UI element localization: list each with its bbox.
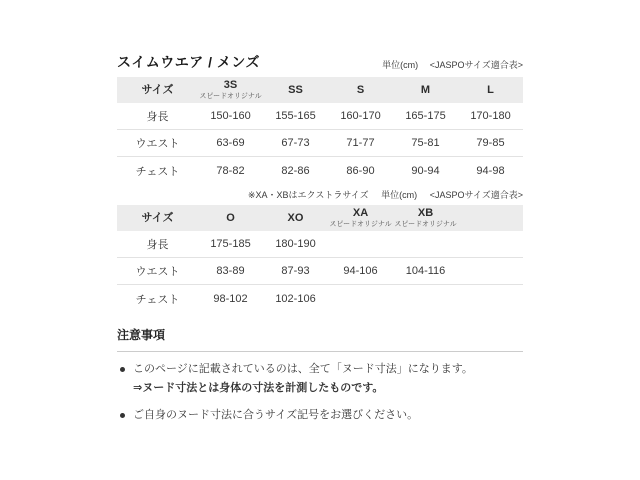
cell: 67-73	[263, 137, 328, 149]
cell: 83-89	[198, 265, 263, 277]
table-row-waist: ウエスト 83-89 87-93 94-106 104-116	[117, 258, 523, 285]
extra-size-label: ※XA・XBはエクストラサイズ	[248, 190, 369, 200]
unit-label: 単位(cm)	[381, 190, 417, 200]
page-title: スイムウエア / メンズ	[117, 52, 260, 72]
column-subtitle: スピードオリジナル	[393, 221, 458, 229]
extra-size-note: ※XA・XBはエクストラサイズ 単位(cm) <JASPOサイズ適合表>	[117, 188, 523, 201]
table-row-chest: チェスト 78-82 82-86 86-90 90-94 94-98	[117, 157, 523, 184]
cell: 175-185	[198, 238, 263, 250]
bullet-icon	[120, 367, 125, 372]
cell: 170-180	[458, 110, 523, 122]
cell: 86-90	[328, 165, 393, 177]
cell: 102-106	[263, 293, 328, 305]
cell: 87-93	[263, 265, 328, 277]
cell: 165-175	[393, 110, 458, 122]
column-header-xo: XO	[263, 213, 328, 224]
table-row-waist: ウエスト 63-69 67-73 71-77 75-81 79-85	[117, 130, 523, 157]
note-text: ご自身のヌード寸法に合うサイズ記号をお選びください。	[133, 406, 418, 425]
cell: 78-82	[198, 165, 263, 177]
note-line-1: このページに記載されているのは、全て「ヌード寸法」になります。	[133, 360, 473, 379]
column-header-ss: SS	[263, 85, 328, 96]
table-header-row: サイズ O XO XA スピードオリジナル XB スピードオリジナル	[117, 205, 523, 231]
unit-label: 単位(cm)	[382, 60, 418, 70]
bullet-icon	[120, 413, 125, 418]
column-header-3s: 3S スピードオリジナル	[198, 80, 263, 101]
notes-heading: 注意事項	[117, 326, 523, 352]
cell: 94-98	[458, 165, 523, 177]
row-label: ウエスト	[117, 135, 198, 151]
cell: 98-102	[198, 293, 263, 305]
size-table-extended: サイズ O XO XA スピードオリジナル XB スピードオリジナル 身長 17…	[117, 205, 523, 312]
size-table-main: サイズ 3S スピードオリジナル SS S M L 身長 150-160 155…	[117, 77, 523, 184]
cell: 63-69	[198, 137, 263, 149]
note-item: このページに記載されているのは、全て「ヌード寸法」になります。 ⇒ヌード寸法とは…	[117, 360, 523, 398]
note-text: このページに記載されているのは、全て「ヌード寸法」になります。 ⇒ヌード寸法とは…	[133, 360, 473, 398]
cell: 150-160	[198, 110, 263, 122]
column-header-xb: XB スピードオリジナル	[393, 208, 458, 229]
column-subtitle: スピードオリジナル	[198, 93, 263, 101]
table-header-row: サイズ 3S スピードオリジナル SS S M L	[117, 77, 523, 103]
note-line-2: ⇒ヌード寸法とは身体の寸法を計測したものです。	[133, 379, 473, 398]
column-header-m: M	[393, 85, 458, 96]
jaspo-chart-ref: <JASPOサイズ適合表>	[430, 60, 523, 70]
cell: 104-116	[393, 265, 458, 277]
note-item: ご自身のヌード寸法に合うサイズ記号をお選びください。	[117, 406, 523, 425]
row-label: チェスト	[117, 291, 198, 307]
column-header-size: サイズ	[117, 213, 198, 224]
cell: 90-94	[393, 165, 458, 177]
jaspo-chart-ref: <JASPOサイズ適合表>	[430, 190, 523, 200]
table-row-height: 身長 175-185 180-190	[117, 231, 523, 258]
unit-meta: 単位(cm) <JASPOサイズ適合表>	[382, 58, 523, 72]
cell: 180-190	[263, 238, 328, 250]
cell: 75-81	[393, 137, 458, 149]
row-label: ウエスト	[117, 263, 198, 279]
cell: 94-106	[328, 265, 393, 277]
column-header-s: S	[328, 85, 393, 96]
title-row: スイムウエア / メンズ 単位(cm) <JASPOサイズ適合表>	[117, 52, 523, 72]
table-row-height: 身長 150-160 155-165 160-170 165-175 170-1…	[117, 103, 523, 130]
row-label: チェスト	[117, 163, 198, 179]
table-row-chest: チェスト 98-102 102-106	[117, 285, 523, 312]
column-header-size: サイズ	[117, 85, 198, 96]
column-header-xa: XA スピードオリジナル	[328, 208, 393, 229]
cell: 155-165	[263, 110, 328, 122]
cell: 82-86	[263, 165, 328, 177]
row-label: 身長	[117, 236, 198, 252]
column-subtitle: スピードオリジナル	[328, 221, 393, 229]
column-header-l: L	[458, 85, 523, 96]
cell: 79-85	[458, 137, 523, 149]
cell: 71-77	[328, 137, 393, 149]
cell: 160-170	[328, 110, 393, 122]
column-header-o: O	[198, 213, 263, 224]
row-label: 身長	[117, 108, 198, 124]
